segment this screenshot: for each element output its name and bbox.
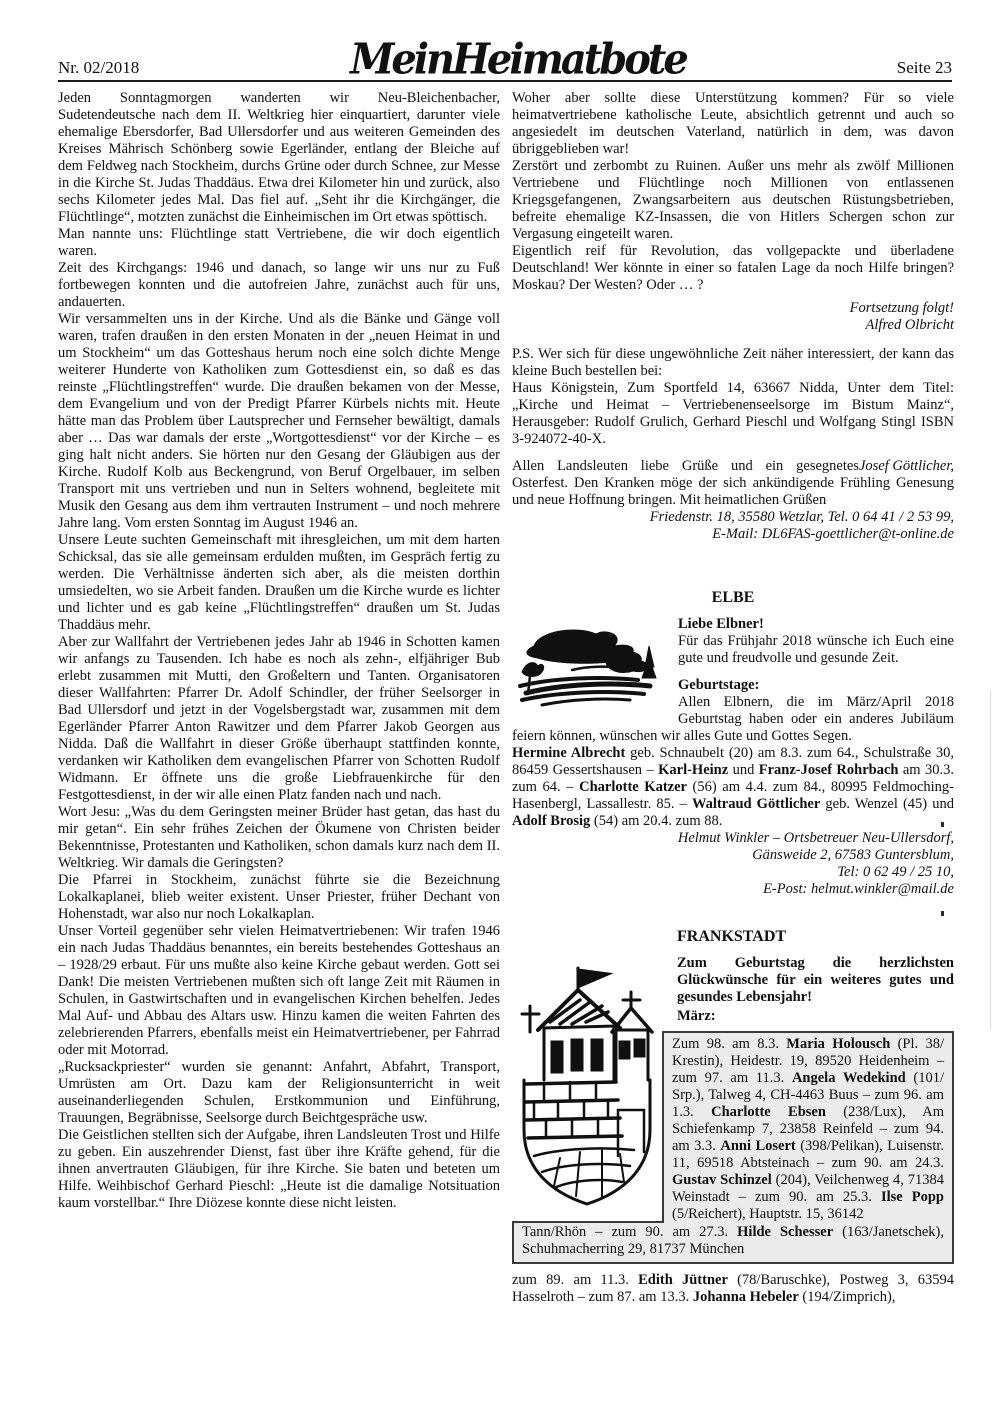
- contact-line: Friedenstr. 18, 35580 Wetzlar, Tel. 0 64…: [512, 509, 954, 526]
- article-paragraph: Unsere Leute suchten Gemeinschaft mit ih…: [58, 532, 500, 634]
- article-paragraph: Zerstört und zerbombt zu Ruinen. Außer u…: [512, 158, 954, 243]
- issue-number: Nr. 02/2018: [58, 58, 139, 80]
- page-header: Nr. 02/2018 MeinHeimatbote Seite 23: [58, 40, 952, 80]
- article-paragraph: Unser Vorteil gegenüber sehr vielen Heim…: [58, 923, 500, 1059]
- birthday-box-bottom: Tann/Rhön – zum 90. am 27.3. Hilde Sches…: [512, 1223, 954, 1264]
- article-paragraph: Die Geistlichen stellten sich der Aufgab…: [58, 1127, 500, 1212]
- section-elbe: ELBE: [512, 589, 954, 898]
- elbe-contact-block: Helmut Winkler – Ortsbetreuer Neu-Ullers…: [512, 830, 954, 898]
- article-paragraph: Aber zur Wallfahrt der Vertriebenen jede…: [58, 634, 500, 804]
- article-paragraph: Die Pfarrei in Stockheim, zunächst führt…: [58, 872, 500, 923]
- greeting-signature: Josef Göttlicher,: [859, 458, 954, 475]
- signoff-line: Alfred Olbricht: [512, 317, 954, 334]
- greeting-paragraph: Josef Göttlicher,Allen Landsleuten liebe…: [512, 458, 954, 509]
- page-number: Seite 23: [897, 58, 952, 80]
- elbe-body: Liebe Elbner! Für das Frühjahr 2018 wüns…: [512, 616, 954, 898]
- article-paragraph: Jeden Sonntagmorgen wanderten wir Neu-Bl…: [58, 90, 500, 226]
- contact-line: Helmut Winkler – Ortsbetreuer Neu-Ullers…: [512, 830, 954, 847]
- contact-line: E-Mail: DL6FAS-goettlicher@t-online.de: [512, 526, 954, 543]
- header-rule: [58, 80, 952, 82]
- left-column: Jeden Sonntagmorgen wanderten wir Neu-Bl…: [58, 90, 500, 1212]
- castle-crest-sketch: [514, 960, 662, 1212]
- article-paragraph: Zeit des Kirchgangs: 1946 und danach, so…: [58, 260, 500, 311]
- article-signoff: Fortsetzung folgt! Alfred Olbricht: [512, 300, 954, 334]
- section-frankstadt: FRANKSTADT Zum Geburtstag die herzlichst…: [512, 928, 954, 1306]
- landscape-sketch: [512, 620, 664, 708]
- scan-artifact-speck: [941, 822, 944, 827]
- article-paragraph: Eigentlich reif für Revolution, das voll…: [512, 243, 954, 294]
- ps-paragraph: Haus Königstein, Zum Sportfeld 14, 63667…: [512, 380, 954, 448]
- scan-artifact-speck: [941, 911, 944, 916]
- masthead-logo: MeinHeimatbote: [350, 39, 686, 81]
- article-paragraph: Woher aber sollte diese Unterstützung ko…: [512, 90, 954, 158]
- scan-artifact-line: [990, 690, 991, 1030]
- birthday-box-top: Zum 98. am 8.3. Maria Holousch (Pl. 38/ …: [662, 1031, 954, 1223]
- frankstadt-month-label: März:: [677, 1008, 954, 1025]
- contact-line: Tel: 0 62 49 / 25 10,: [512, 864, 954, 881]
- contact-block: Friedenstr. 18, 35580 Wetzlar, Tel. 0 64…: [512, 509, 954, 543]
- article-paragraph: Man nannte uns: Flüchtlinge statt Vertri…: [58, 226, 500, 260]
- right-column: Woher aber sollte diese Unterstützung ko…: [512, 90, 954, 1306]
- frankstadt-continued: zum 89. am 11.3. Edith Jüttner (78/Barus…: [512, 1272, 954, 1306]
- section-heading: ELBE: [512, 589, 954, 606]
- article-paragraph: Wir versammelten uns in der Kirche. Und …: [58, 311, 500, 532]
- signoff-line: Fortsetzung folgt!: [512, 300, 954, 317]
- ps-paragraph: P.S. Wer sich für diese ungewöhnliche Ze…: [512, 346, 954, 380]
- newspaper-page: Nr. 02/2018 MeinHeimatbote Seite 23 Jede…: [0, 0, 1000, 1412]
- article-paragraph: „Rucksackpriester“ wurden sie genannt: A…: [58, 1059, 500, 1127]
- contact-line: E-Post: helmut.winkler@mail.de: [512, 881, 954, 898]
- frankstadt-intro: Zum Geburtstag die herzlichsten Glückwün…: [677, 955, 954, 1006]
- article-paragraph: Wort Jesu: „Was du dem Geringsten meiner…: [58, 804, 500, 872]
- contact-line: Gänsweide 2, 67583 Guntersblum,: [512, 847, 954, 864]
- elbe-birthdays-list: Hermine Albrecht geb. Schnaubelt (20) am…: [512, 745, 954, 830]
- section-heading: FRANKSTADT: [677, 928, 954, 945]
